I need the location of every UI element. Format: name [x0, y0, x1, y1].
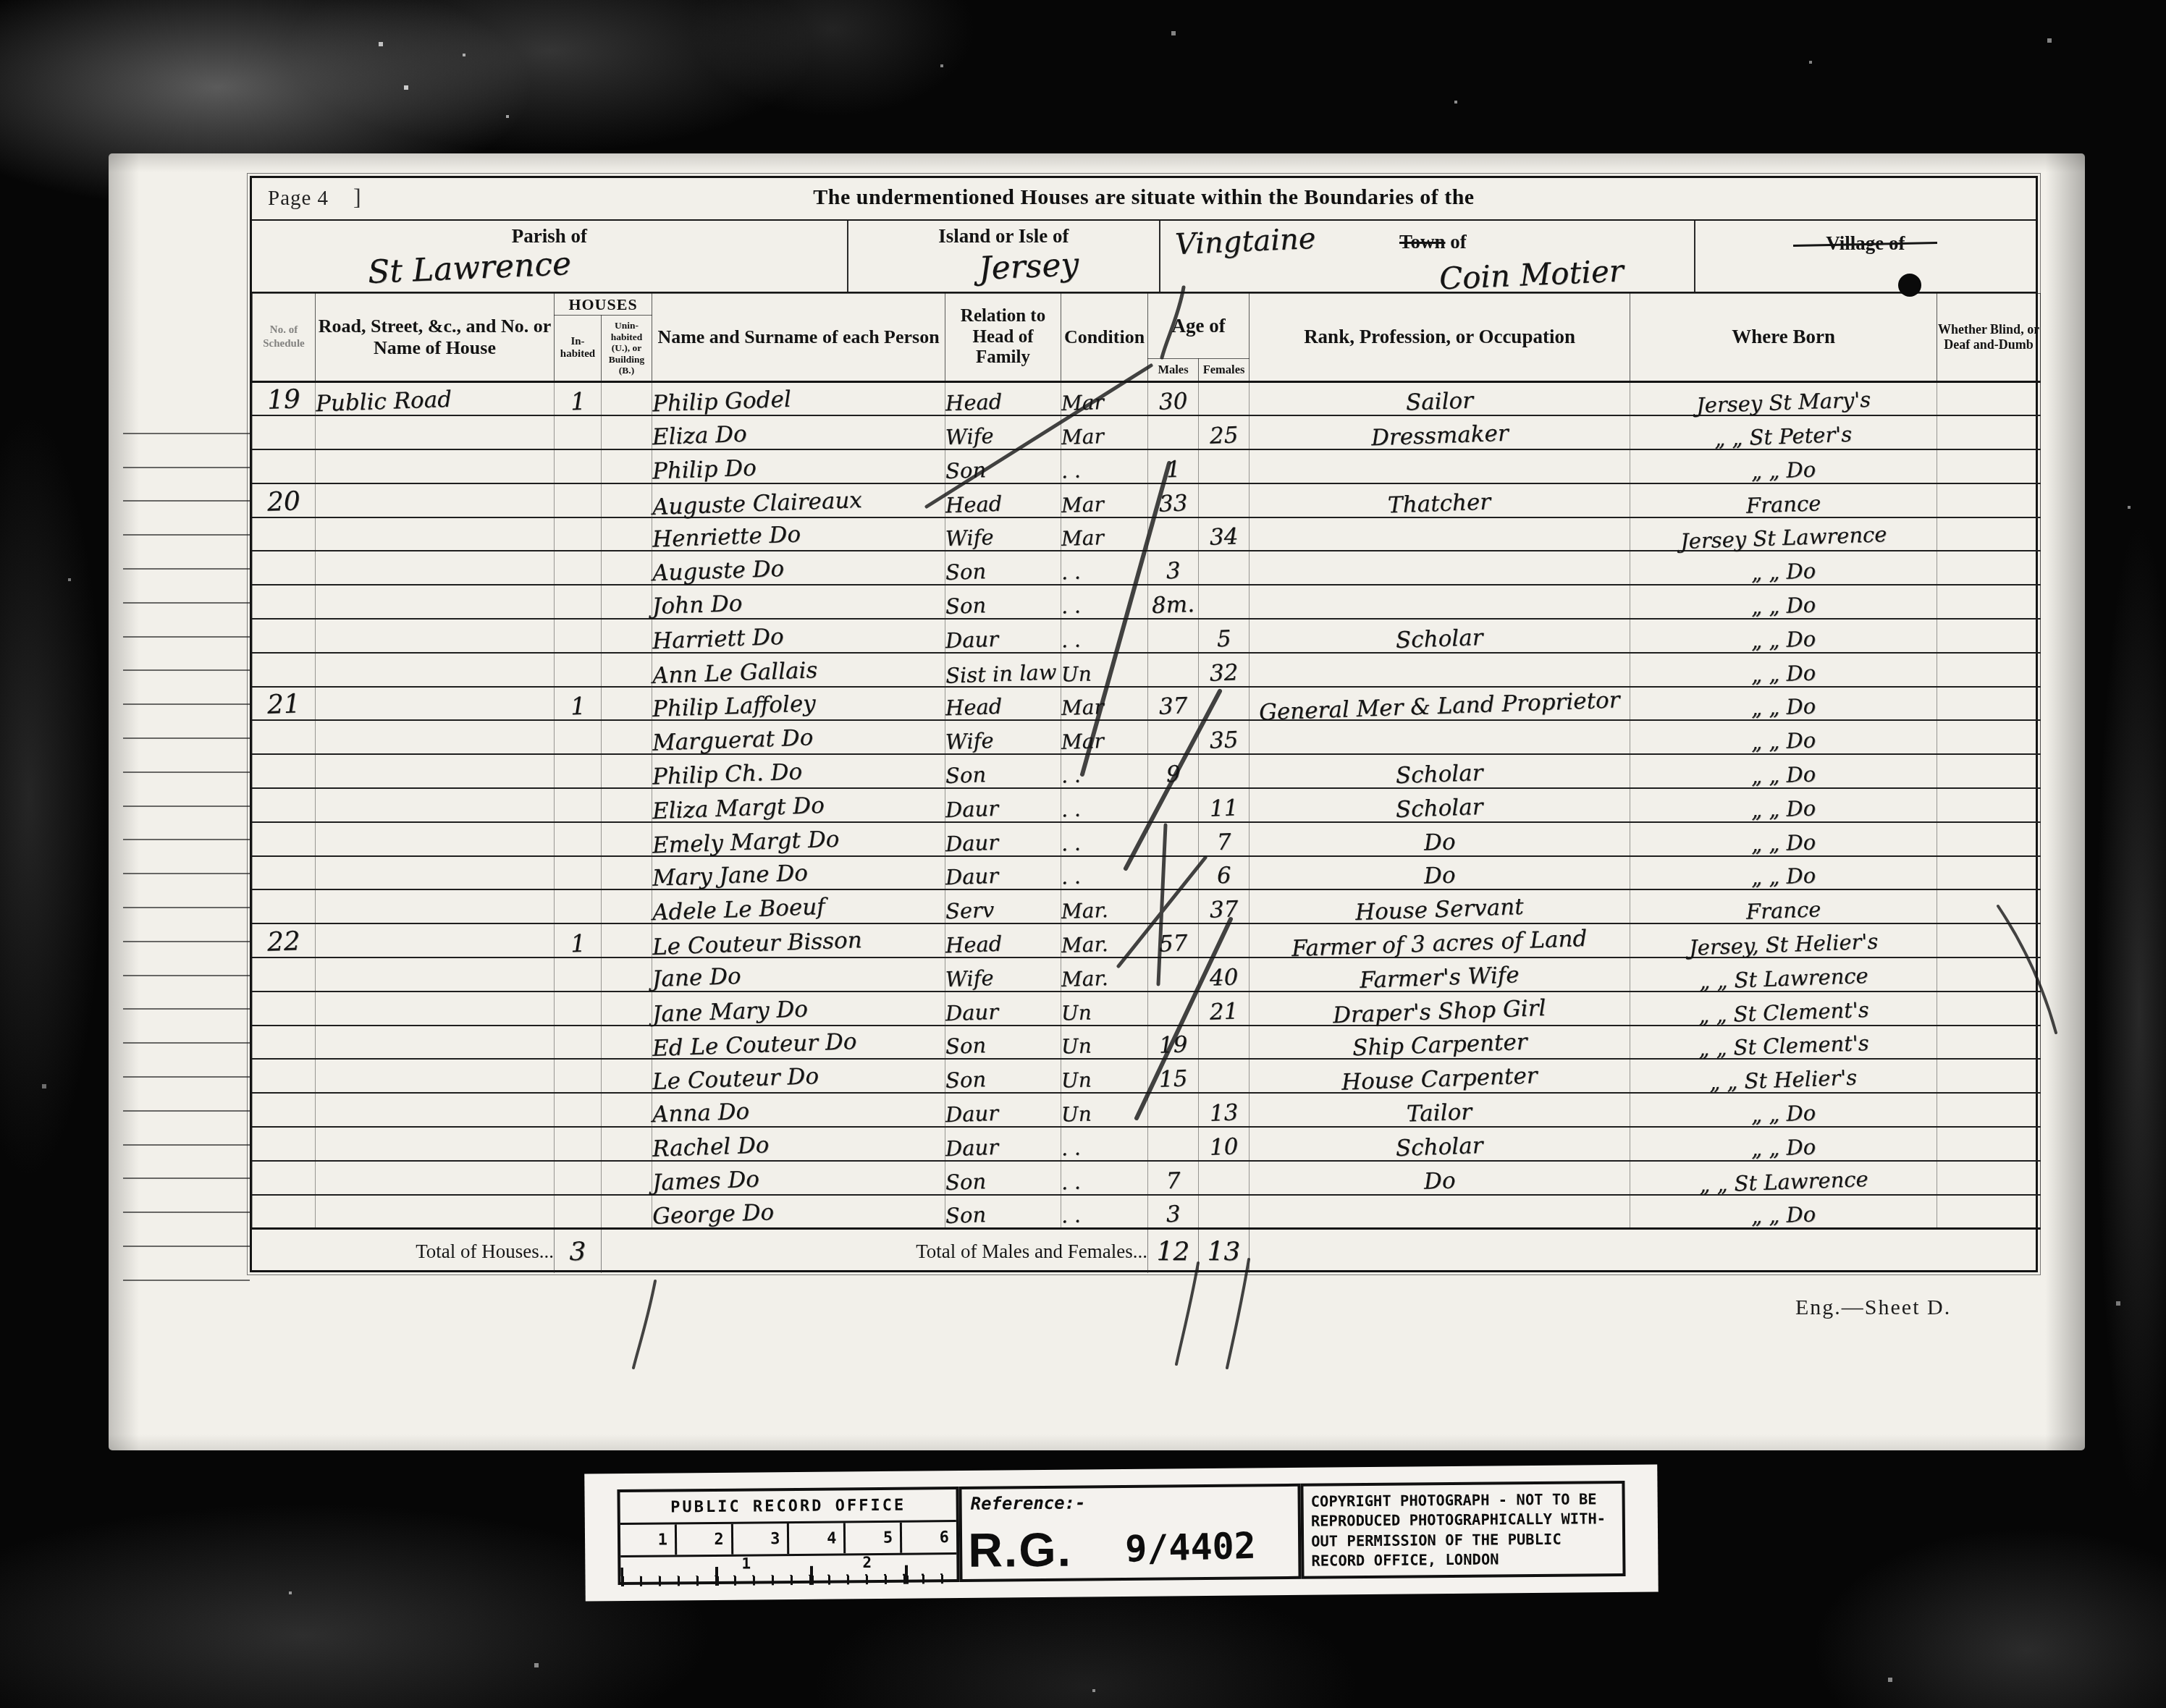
ruled-line-stubs [123, 400, 250, 1293]
where-born: „ „ Do [1750, 1102, 1816, 1125]
table-row: James Do Son . . 7 Do „ „ St Lawrence [253, 1161, 2041, 1195]
total-males-value: 12 [1157, 1237, 1190, 1267]
occupation: General Mer & Land Proprietor [1259, 690, 1620, 724]
town-label-struck: Town [1399, 231, 1446, 253]
ruler-cm-cell: 2 [677, 1524, 733, 1555]
age-female: 35 [1209, 730, 1239, 753]
schedule-number: 21 [266, 692, 300, 719]
table-row: Philip Do Son . . 1 „ „ Do [253, 449, 2041, 483]
age-female: 10 [1209, 1136, 1239, 1159]
parish-box: Parish of St Lawrence [252, 221, 847, 292]
vingtaine-handwritten: Vingtaine [1174, 222, 1316, 261]
person-name: Auguste Claireaux [652, 489, 863, 519]
table-row: George Do Son . . 3 „ „ Do [253, 1195, 2041, 1229]
relation-to-head: Daur [945, 798, 999, 821]
condition: . . [1061, 799, 1082, 820]
total-houses-value: 3 [570, 1237, 586, 1267]
where-born: Jersey St Lawrence [1680, 525, 1887, 553]
copyright-line: COPYRIGHT PHOTOGRAPH - NOT TO BE [1311, 1489, 1615, 1512]
person-name: Le Couteur Do [652, 1065, 819, 1094]
where-born: Jersey, St Helier's [1688, 931, 1878, 958]
relation-to-head: Son [945, 460, 987, 482]
table-row: John Do Son . . 8m. „ „ Do [253, 585, 2041, 619]
where-born: „ „ Do [1750, 595, 1816, 618]
col-name: Name and Surname of each Person [652, 294, 945, 382]
reference-series: R.G. [968, 1522, 1072, 1578]
condition: . . [1061, 1172, 1082, 1193]
where-born: „ „ Do [1750, 696, 1816, 719]
where-born: „ „ Do [1750, 628, 1816, 651]
island-label: Island or Isle of [848, 225, 1159, 248]
ruler-inch-row: 1 2 [620, 1555, 956, 1586]
age-female: 5 [1216, 628, 1231, 651]
ruler-cm-cell: 6 [902, 1522, 956, 1553]
occupation: Dressmaker [1370, 423, 1509, 450]
relation-to-head: Wife [945, 426, 994, 448]
person-name: Emely Margt Do [652, 828, 840, 857]
where-born: „ „ Do [1750, 866, 1816, 889]
occupation: Ship Carpenter [1352, 1031, 1527, 1060]
where-born: „ „ St Clement's [1698, 1033, 1869, 1060]
table-row: 20 Auguste Claireaux Head Mar 33 Thatche… [253, 483, 2041, 517]
table-row: Marguerat Do Wife Mar 35 „ „ Do [253, 720, 2041, 754]
condition: Mar [1061, 697, 1105, 719]
person-name: Ann Le Gallais [652, 659, 818, 688]
ruler-cm-row: 1 2 3 4 5 6 [620, 1522, 956, 1557]
age-female: 25 [1209, 424, 1239, 447]
occupation: House Carpenter [1341, 1065, 1538, 1094]
age-male: 8m. [1151, 593, 1194, 617]
public-record-office-strip: PUBLIC RECORD OFFICE 1 2 3 4 5 6 1 2 Ref… [584, 1465, 1658, 1602]
condition: Un [1061, 1002, 1092, 1023]
person-name: Eliza Do [652, 423, 748, 449]
condition: Mar [1061, 392, 1105, 414]
where-born: „ „ Do [1750, 832, 1816, 855]
occupation: House Servant [1355, 896, 1525, 924]
table-row: Le Couteur Do Son Un 15 House Carpenter … [253, 1059, 2041, 1093]
table-row: 21 1 Philip Laffoley Head Mar 37 General… [253, 687, 2041, 721]
relation-to-head: Head [945, 934, 1003, 957]
person-name: Eliza Margt Do [652, 795, 825, 823]
relation-to-head: Son [945, 595, 987, 617]
inhabited-mark: 1 [570, 931, 586, 956]
occupation: Do [1423, 1170, 1456, 1193]
where-born: France [1745, 899, 1821, 923]
ruler-cm-cell: 4 [789, 1523, 846, 1554]
col-uninhabited: Unin-habited (U.), or Building (B.) [602, 316, 652, 382]
person-name: Mary Jane Do [652, 863, 809, 890]
condition: Mar [1061, 528, 1105, 549]
age-male: 57 [1158, 932, 1188, 955]
person-name: John Do [652, 593, 743, 618]
person-name: Le Couteur Bisson [652, 929, 863, 959]
island-box: Island or Isle of Jersey [847, 221, 1159, 292]
village-label: Village of [1826, 232, 1905, 255]
occupation: Scholar [1396, 762, 1483, 787]
occupation: Scholar [1396, 796, 1483, 821]
occupation: Tailor [1407, 1101, 1472, 1125]
age-male: 37 [1158, 696, 1188, 719]
age-female: 11 [1209, 797, 1239, 820]
relation-to-head: Daur [945, 629, 999, 652]
ruler-cm-cell: 3 [733, 1523, 790, 1555]
where-born: „ „ Do [1750, 798, 1816, 821]
town-value-handwritten: Coin Motier [1438, 253, 1624, 296]
copyright-line: REPRODUCED PHOTOGRAPHICALLY WITH- [1311, 1509, 1615, 1531]
table-row: Rachel Do Daur . . 10 Scholar „ „ Do [253, 1127, 2041, 1161]
age-male: 1 [1166, 459, 1181, 482]
table-row: Ann Le Gallais Sist in law Un 32 „ „ Do [253, 653, 2041, 687]
condition: Un [1061, 664, 1092, 685]
road-name: Public Road [316, 389, 452, 416]
age-female: 32 [1209, 661, 1239, 685]
condition: Mar. [1061, 900, 1109, 922]
col-males: Males [1148, 359, 1199, 382]
relation-to-head: Head [945, 392, 1003, 415]
person-name: Philip Ch. Do [652, 761, 803, 788]
occupation: Thatcher [1388, 491, 1491, 517]
condition: . . [1061, 596, 1082, 617]
copyright-line: RECORD OFFICE, LONDON [1311, 1549, 1615, 1571]
relation-to-head: Serv [945, 900, 995, 922]
age-female: 40 [1209, 966, 1239, 989]
relation-to-head: Son [945, 1171, 987, 1193]
col-where-born: Where Born [1630, 294, 1937, 382]
scanned-census-photograph: Page 4 ] The undermentioned Houses are s… [0, 0, 2166, 1708]
age-female: 34 [1209, 526, 1239, 549]
form-title-row: Page 4 ] The undermentioned Houses are s… [252, 178, 2036, 221]
ruler-inch-number: 2 [862, 1554, 872, 1571]
condition: Mar [1061, 731, 1105, 753]
occupation: Do [1423, 831, 1456, 855]
reference-label: Reference:- [971, 1492, 1086, 1513]
relation-to-head: Head [945, 696, 1003, 719]
person-name: Rachel Do [652, 1134, 770, 1161]
col-road: Road, Street, &c., and No. or Name of Ho… [316, 294, 555, 382]
age-female: 13 [1209, 1102, 1239, 1125]
table-row: Mary Jane Do Daur . . 6 Do „ „ Do [253, 856, 2041, 890]
parish-label: Parish of [252, 225, 847, 248]
table-row: Jane Mary Do Daur Un 21 Draper's Shop Gi… [253, 992, 2041, 1026]
where-born: „ „ Do [1750, 730, 1816, 753]
island-value-handwritten: Jersey [978, 246, 1079, 287]
where-born: „ „ St Lawrence [1698, 1169, 1868, 1196]
condition: . . [1061, 562, 1082, 583]
town-box: Vingtaine Town of Coin Motier [1159, 221, 1694, 292]
occupation: Farmer of 3 acres of Land [1291, 928, 1588, 960]
relation-to-head: Daur [945, 1137, 999, 1160]
punch-hole-mark [1898, 274, 1921, 297]
age-male: 3 [1166, 1204, 1181, 1227]
relation-to-head: Daur [945, 832, 999, 855]
person-name: Auguste Do [652, 558, 785, 585]
census-sheet: Page 4 ] The undermentioned Houses are s… [109, 153, 2085, 1450]
where-born: „ „ Do [1750, 662, 1816, 685]
person-name: Ed Le Couteur Do [652, 1031, 857, 1061]
col-schedule: No. of Schedule [253, 294, 316, 382]
table-row: Henriette Do Wife Mar 34 Jersey St Lawre… [253, 517, 2041, 551]
person-name: Philip Laffoley [652, 693, 817, 722]
person-name: Adele Le Boeuf [652, 896, 826, 924]
relation-to-head: Head [945, 493, 1003, 516]
where-born: „ „ Do [1750, 561, 1816, 584]
table-row: Eliza Do Wife Mar 25 Dressmaker „ „ St P… [253, 415, 2041, 449]
total-houses-label: Total of Houses... [416, 1240, 554, 1262]
census-table-header: No. of Schedule Road, Street, &c., and N… [253, 294, 2041, 382]
relation-to-head: Son [945, 1204, 987, 1227]
inhabited-mark: 1 [570, 389, 586, 414]
town-label: Town of [1399, 231, 1467, 253]
where-born: „ „ St Helier's [1709, 1067, 1858, 1094]
person-name: Philip Do [652, 457, 757, 483]
where-born: „ „ Do [1750, 764, 1816, 787]
col-inhabited: In-habited [555, 316, 602, 382]
person-name: Jane Mary Do [652, 998, 809, 1026]
pro-copyright-box: COPYRIGHT PHOTOGRAPH - NOT TO BE REPRODU… [1300, 1481, 1625, 1579]
occupation: Do [1423, 865, 1456, 889]
census-table-body: 19 Public Road 1 Philip Godel Head Mar 3… [253, 382, 2041, 1229]
condition: Mar. [1061, 968, 1109, 990]
col-females: Females [1199, 359, 1250, 382]
pro-reference-box: Reference:- R.G. 9/4402 [958, 1484, 1301, 1582]
condition: Un [1061, 1070, 1092, 1091]
census-table: No. of Schedule Road, Street, &c., and N… [252, 293, 2041, 1273]
person-name: Philip Godel [652, 389, 792, 416]
inhabited-mark: 1 [570, 694, 586, 719]
relation-to-head: Sist in law [945, 661, 1057, 686]
age-female: 21 [1209, 1000, 1239, 1023]
relation-to-head: Daur [945, 866, 999, 889]
where-born: „ „ St Peter's [1714, 424, 1853, 450]
age-male: 30 [1158, 391, 1188, 414]
col-relation: Relation to Head of Family [945, 294, 1061, 382]
town-label-of: of [1450, 231, 1467, 253]
occupation: Sailor [1406, 390, 1474, 415]
table-row: Adele Le Boeuf Serv Mar. 37 House Servan… [253, 889, 2041, 923]
totals-row: Total of Houses... 3 Total of Males and … [253, 1228, 2041, 1273]
age-male: 15 [1158, 1068, 1188, 1091]
occupation: Scholar [1396, 1135, 1483, 1160]
person-name: George Do [652, 1201, 775, 1228]
age-male: 3 [1166, 560, 1181, 583]
census-form: Page 4 ] The undermentioned Houses are s… [250, 176, 2038, 1272]
person-name: Anna Do [652, 1101, 750, 1127]
total-mf-label: Total of Males and Females... [916, 1240, 1147, 1262]
scan-dust-specks [0, 0, 1, 1]
occupation: Farmer's Wife [1360, 964, 1520, 992]
schedule-number: 19 [266, 387, 300, 415]
col-occupation: Rank, Profession, or Occupation [1250, 294, 1630, 382]
reference-piece-number: 9/4402 [1124, 1525, 1256, 1570]
age-male: 7 [1166, 1170, 1181, 1193]
copyright-line: OUT PERMISSION OF THE PUBLIC [1311, 1529, 1615, 1552]
form-title: The undermentioned Houses are situate wi… [252, 185, 2036, 210]
schedule-number: 20 [266, 489, 300, 516]
person-name: Harriett Do [652, 626, 785, 653]
where-born: Jersey St Mary's [1696, 389, 1871, 416]
col-condition: Condition [1061, 294, 1148, 382]
person-name: James Do [652, 1168, 760, 1194]
where-born: „ „ Do [1750, 1204, 1816, 1227]
age-female: 7 [1216, 831, 1231, 854]
age-male: 19 [1158, 1034, 1188, 1057]
age-male: 33 [1158, 492, 1188, 515]
table-row: 19 Public Road 1 Philip Godel Head Mar 3… [253, 382, 2041, 416]
where-born: „ „ St Clement's [1698, 999, 1869, 1026]
table-row: Eliza Margt Do Daur . . 11 Scholar „ „ D… [253, 788, 2041, 822]
table-row: Auguste Do Son . . 3 „ „ Do [253, 551, 2041, 585]
sheet-note: Eng.—Sheet D. [1795, 1295, 1951, 1320]
table-row: Harriett Do Daur . . 5 Scholar „ „ Do [253, 619, 2041, 653]
where-born: France [1745, 493, 1821, 517]
occupation: Scholar [1396, 627, 1483, 652]
table-row: Ed Le Couteur Do Son Un 19 Ship Carpente… [253, 1026, 2041, 1060]
occupation: Draper's Shop Girl [1333, 997, 1546, 1027]
where-born: „ „ Do [1750, 1136, 1816, 1159]
person-name: Henriette Do [652, 524, 801, 551]
condition: . . [1061, 766, 1082, 787]
condition: Mar. [1061, 934, 1109, 956]
age-male: 9 [1166, 764, 1181, 787]
condition: . . [1061, 867, 1082, 888]
relation-to-head: Daur [945, 1103, 999, 1126]
where-born: „ „ Do [1750, 459, 1816, 482]
relation-to-head: Wife [945, 968, 994, 990]
where-born: „ „ St Lawrence [1698, 965, 1868, 992]
table-row: Anna Do Daur Un 13 Tailor „ „ Do [253, 1093, 2041, 1127]
person-name: Marguerat Do [652, 727, 814, 755]
ruler-cm-cell: 5 [846, 1523, 902, 1554]
relation-to-head: Daur [945, 1001, 999, 1024]
pro-office-title: PUBLIC RECORD OFFICE [620, 1489, 956, 1525]
table-row: Philip Ch. Do Son . . 9 Scholar „ „ Do [253, 754, 2041, 788]
condition: Un [1061, 1104, 1092, 1125]
age-female: 6 [1216, 865, 1231, 888]
relation-to-head: Wife [945, 527, 994, 549]
condition: . . [1061, 460, 1082, 481]
age-female: 37 [1209, 899, 1239, 922]
relation-to-head: Son [945, 561, 987, 583]
district-band: Parish of St Lawrence Island or Isle of … [252, 221, 2036, 293]
relation-to-head: Son [945, 1035, 987, 1057]
condition: Mar [1061, 494, 1105, 516]
relation-to-head: Son [945, 764, 987, 787]
relation-to-head: Wife [945, 730, 994, 753]
col-houses-group: HOUSES [555, 294, 652, 316]
condition: . . [1061, 1205, 1082, 1226]
table-row: 22 1 Le Couteur Bisson Head Mar. 57 Farm… [253, 923, 2041, 957]
condition: . . [1061, 833, 1082, 854]
condition: . . [1061, 630, 1082, 651]
schedule-number: 22 [266, 929, 300, 956]
village-box: Village of [1694, 221, 2036, 292]
condition: . . [1061, 1138, 1082, 1159]
condition: Mar [1061, 426, 1105, 448]
total-females-value: 13 [1208, 1237, 1241, 1267]
census-table-totals: Total of Houses... 3 Total of Males and … [253, 1228, 2041, 1273]
table-row: Emely Margt Do Daur . . 7 Do „ „ Do [253, 822, 2041, 856]
ruler-cm-cell: 1 [620, 1524, 677, 1555]
relation-to-head: Son [945, 1069, 987, 1091]
condition: Un [1061, 1036, 1092, 1057]
col-blind-deaf: Whether Blind, or Deaf and-Dumb [1937, 294, 2041, 382]
table-row: Jane Do Wife Mar. 40 Farmer's Wife „ „ S… [253, 957, 2041, 992]
ruler-inch-number: 1 [741, 1555, 751, 1572]
village-label-wrap: Village of [1695, 232, 2036, 255]
parish-value-handwritten: St Lawrence [367, 245, 572, 291]
col-age-group: Age of [1148, 294, 1250, 359]
person-name: Jane Do [652, 965, 742, 991]
pro-office-box: PUBLIC RECORD OFFICE 1 2 3 4 5 6 1 2 [617, 1487, 959, 1585]
